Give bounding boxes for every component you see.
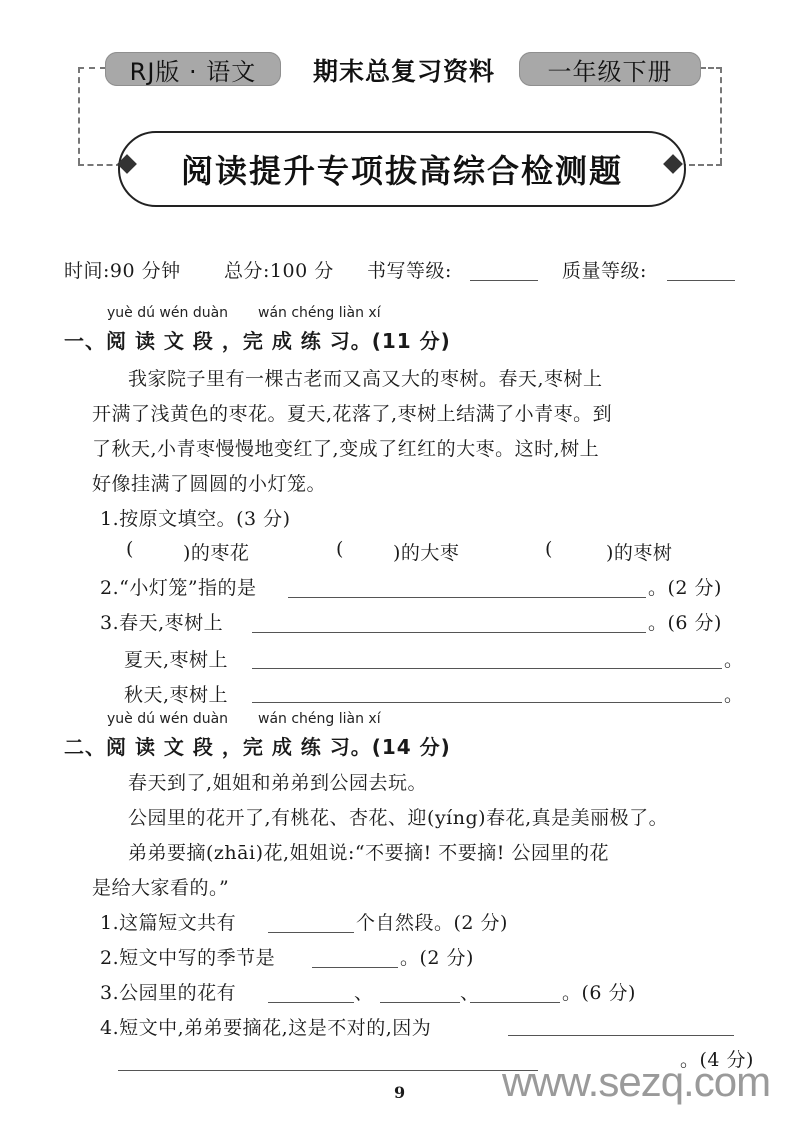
question-3-score: 。(6 分)	[648, 608, 722, 635]
header-dashed-rule	[700, 67, 722, 69]
spring-answer-blank[interactable]	[252, 632, 646, 633]
exam-time: 时间:90 分钟	[64, 256, 181, 283]
passage-line: 开满了浅黄色的枣花。夏天,花落了,枣树上结满了小青枣。到	[92, 399, 612, 426]
question-2-suffix: 。(2 分)	[400, 943, 474, 970]
page-title: 阅读提升专项拔高综合检测题	[181, 146, 623, 192]
fill-blank-2[interactable]: )的大枣	[393, 538, 459, 565]
section-1-title: 一、阅 读 文 段 ，完 成 练 习。(11 分)	[64, 325, 451, 354]
fill-blank-3[interactable]: )的枣树	[606, 538, 672, 565]
passage-line: 了秋天,小青枣慢慢地变红了,变成了红红的大枣。这时,树上	[92, 434, 599, 461]
grade-badge: 一年级下册	[519, 52, 701, 86]
question-2-prompt: 2.“小灯笼”指的是	[100, 573, 257, 600]
autumn-prompt: 秋天,枣树上	[124, 680, 228, 707]
open-paren: (	[126, 538, 134, 560]
question-2-prompt: 2.短文中写的季节是	[100, 943, 275, 970]
open-paren: (	[336, 538, 344, 560]
separator: 、	[354, 978, 374, 1005]
question-3-prompt: 3.春天,枣树上	[100, 608, 223, 635]
question-3-suffix: 。(6 分)	[562, 978, 636, 1005]
question-2-answer-blank[interactable]	[288, 597, 646, 598]
question-3-prompt: 3.公园里的花有	[100, 978, 236, 1005]
header-dashed-rule	[78, 67, 106, 69]
passage-line: 好像挂满了圆圆的小灯笼。	[92, 469, 326, 496]
series-title: 期末总复习资料	[313, 52, 495, 88]
summer-answer-blank[interactable]	[252, 668, 722, 669]
flower-blank-3[interactable]	[470, 1002, 560, 1003]
autumn-answer-blank[interactable]	[252, 702, 722, 703]
passage-line: 弟弟要摘(zhāi)花,姐姐说:“不要摘! 不要摘! 公园里的花	[128, 838, 609, 865]
question-1-prompt: 1.按原文填空。(3 分)	[100, 504, 291, 531]
quality-grade-blank[interactable]	[667, 280, 735, 281]
reason-blank-line-1[interactable]	[508, 1035, 734, 1036]
section-2-pinyin: wán chéng liàn xí	[258, 711, 381, 727]
question-2-score: 。(2 分)	[648, 573, 722, 600]
header-dashed-rule	[720, 67, 722, 164]
quality-grade-label: 质量等级:	[562, 256, 647, 283]
header-dashed-rule	[680, 164, 722, 166]
flower-blank-1[interactable]	[268, 1002, 354, 1003]
separator: 、	[460, 978, 480, 1005]
exam-total-score: 总分:100 分	[224, 256, 334, 283]
writing-grade-label: 书写等级:	[367, 256, 452, 283]
season-blank[interactable]	[312, 967, 398, 968]
header-dashed-rule	[78, 164, 122, 166]
watermark: www.sezq.com	[502, 1058, 770, 1106]
summer-prompt: 夏天,枣树上	[124, 645, 228, 672]
section-1-pinyin: wán chéng liàn xí	[258, 305, 381, 321]
flower-blank-2[interactable]	[380, 1002, 460, 1003]
paragraph-count-blank[interactable]	[268, 932, 354, 933]
passage-line: 我家院子里有一棵古老而又高又大的枣树。春天,枣树上	[128, 364, 603, 391]
period: 。	[724, 680, 744, 707]
passage-line: 公园里的花开了,有桃花、杏花、迎(yíng)春花,真是美丽极了。	[128, 803, 668, 830]
question-1-suffix: 个自然段。(2 分)	[356, 908, 508, 935]
question-4-prompt: 4.短文中,弟弟要摘花,这是不对的,因为	[100, 1013, 431, 1040]
section-2-pinyin: yuè dú wén duàn	[107, 711, 228, 727]
period: 。	[724, 645, 744, 672]
edition-subject-badge: RJ版 · 语文	[105, 52, 281, 86]
passage-line: 是给大家看的。”	[92, 873, 229, 900]
fill-blank-1[interactable]: )的枣花	[183, 538, 249, 565]
passage-line: 春天到了,姐姐和弟弟到公园去玩。	[128, 768, 427, 795]
title-banner: 阅读提升专项拔高综合检测题	[118, 131, 686, 207]
section-1-pinyin: yuè dú wén duàn	[107, 305, 228, 321]
open-paren: (	[545, 538, 553, 560]
question-1-prompt: 1.这篇短文共有	[100, 908, 236, 935]
section-2-title: 二、阅 读 文 段 ，完 成 练 习。(14 分)	[64, 731, 451, 760]
reason-blank-line-2[interactable]	[118, 1070, 538, 1071]
writing-grade-blank[interactable]	[470, 280, 538, 281]
page-number: 9	[394, 1083, 405, 1102]
header-dashed-rule	[78, 67, 80, 164]
